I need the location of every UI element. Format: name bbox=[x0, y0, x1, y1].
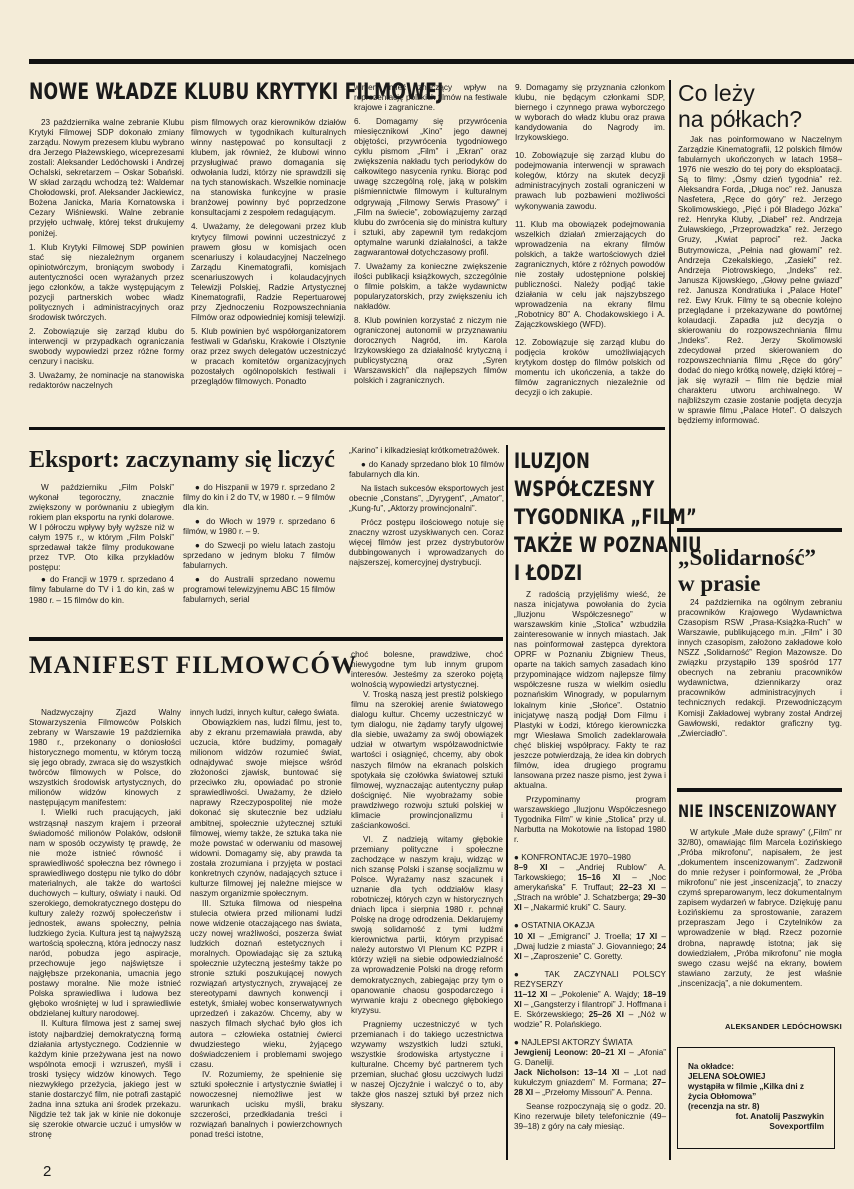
paragraph: Obowiązkiem nas, ludzi filmu, jest to, a… bbox=[190, 718, 342, 899]
paragraph: 2. Zobowiązuje się zarząd klubu do inter… bbox=[29, 327, 184, 367]
bullet-item: ● do Hiszpanii w 1979 r. sprzedano 2 fil… bbox=[183, 483, 335, 513]
photo-agency: Sovexportfilm bbox=[688, 1122, 824, 1132]
paragraph: 23 października walne zebranie Klubu Kry… bbox=[29, 118, 184, 239]
paragraph: 5. Klub powinien być współorganizatorem … bbox=[191, 327, 346, 387]
section-rule bbox=[677, 788, 842, 792]
paragraph: IV. Rozumiemy, że spełnienie się sztuki … bbox=[190, 1070, 342, 1140]
article-eksport-col1: W październiku „Film Polski” wykonał teg… bbox=[29, 483, 174, 610]
paragraph: „Karino” i kilkadziesiąt krótkometrażówe… bbox=[349, 446, 504, 456]
paragraph: Prócz postępu ilościowego notuje się zna… bbox=[349, 518, 504, 568]
article-klub-col4: 9. Domagamy się przyznania członkom klub… bbox=[515, 83, 665, 402]
cover-film: wystąpiła w filmie „Kilka dni z życia Ob… bbox=[688, 1082, 824, 1102]
title-line: „Solidarność” bbox=[678, 545, 816, 571]
paragraph: 9. Domagamy się przyznania członkom klub… bbox=[515, 83, 665, 143]
paragraph: VI. Z nadzieją witamy głębokie przemiany… bbox=[351, 835, 503, 1016]
paragraph: winien mieć znaczący wpływ na reprezenta… bbox=[354, 83, 507, 113]
column-divider bbox=[669, 80, 671, 1160]
paragraph: Jak nas poinformowano w Naczelnym Zarząd… bbox=[678, 135, 842, 426]
article-eksport-col2: ● do Hiszpanii w 1979 r. sprzedano 2 fil… bbox=[183, 483, 335, 610]
title-line: ILUZJON bbox=[514, 447, 702, 475]
paragraph: 4. Uważamy, że delegowani przez klub kry… bbox=[191, 222, 346, 322]
cover-name: JELENA SOŁOWIEJ bbox=[688, 1072, 824, 1082]
paragraph: 7. Uważamy za konieczne zwiększenie iloś… bbox=[354, 262, 507, 312]
paragraph: Seanse rozpoczynają się o godz. 20. Kino… bbox=[514, 1102, 666, 1132]
article-title-nie-inscenizowany: NIE INSCENIZOWANY bbox=[678, 802, 837, 822]
title-line: I ŁODZI bbox=[514, 559, 702, 587]
cover-info-box: Na okładce: JELENA SOŁOWIEJ wystąpiła w … bbox=[677, 1047, 835, 1149]
title-line: TAKŻE W POZNANIU bbox=[514, 531, 702, 559]
title-line: TYGODNIKA „FILM” bbox=[514, 503, 702, 531]
section-rule bbox=[29, 637, 503, 641]
article-manifest-col2: innych ludzi, innych kultur, całego świa… bbox=[190, 708, 342, 1144]
program-section-items: 11–12 XI – „Pokolenie” A. Wajdy; 18–19 X… bbox=[514, 990, 666, 1030]
article-title-solidarnosc: „Solidarność” w prasie bbox=[678, 545, 816, 597]
paragraph: W październiku „Film Polski” wykonał teg… bbox=[29, 483, 174, 573]
article-title-eksport: Eksport: zaczynamy się liczyć bbox=[29, 447, 335, 474]
paragraph: Nadzwyczajny Zjazd Walny Stowarzyszenia … bbox=[29, 708, 181, 808]
article-klub-col1: 23 października walne zebranie Klubu Kry… bbox=[29, 118, 184, 395]
paragraph: Pragniemy uczestniczyć w tych przemianac… bbox=[351, 1020, 503, 1110]
article-title-co-lezy: Co leży na półkach? bbox=[678, 80, 802, 132]
paragraph: I. Wielki ruch pracujących, jaki wstrząs… bbox=[29, 808, 181, 1019]
paragraph: V. Troską naszą jest prestiż polskiego f… bbox=[351, 690, 503, 831]
paragraph: Na listach sukcesów eksportowych jest ob… bbox=[349, 484, 504, 514]
program-section-heading: ● OSTATNIA OKAZJA bbox=[514, 921, 666, 931]
title-line: w prasie bbox=[678, 571, 816, 597]
article-klub-col3: winien mieć znaczący wpływ na reprezenta… bbox=[354, 83, 507, 390]
bullet-item: ● do Kanady sprzedano blok 10 filmów fab… bbox=[349, 460, 504, 480]
column-divider bbox=[506, 445, 508, 1160]
article-klub-col2: pism filmowych oraz kierowników działów … bbox=[191, 118, 346, 391]
program-section-heading: ● KONFRONTACJE 1970–1980 bbox=[514, 853, 666, 863]
article-nie-inscenizowany-body: W artykule „Małe duże sprawy” („Film” nr… bbox=[678, 828, 842, 993]
cover-review-ref: (recenzja na str. 8) bbox=[688, 1102, 824, 1112]
paragraph: 24 października na ogólnym zebraniu prac… bbox=[678, 598, 842, 739]
article-solidarnosc-body: 24 października na ogólnym zebraniu prac… bbox=[678, 598, 842, 743]
paragraph: pism filmowych oraz kierowników działów … bbox=[191, 118, 346, 218]
program-section-heading: ● NAJLEPSI AKTORZY ŚWIATA bbox=[514, 1038, 666, 1048]
paragraph: Przypominamy program warszawskiego „Iluz… bbox=[514, 795, 666, 845]
paragraph: 1. Klub Krytyki Filmowej SDP powinien st… bbox=[29, 243, 184, 323]
article-eksport-col3: „Karino” i kilkadziesiąt krótkometrażówe… bbox=[349, 446, 504, 573]
paragraph: 8. Klub powinien korzystać z niczym nie … bbox=[354, 316, 507, 386]
program-section-items: 8–9 XI – „Andriej Rublow” A. Tarkowskieg… bbox=[514, 863, 666, 913]
article-co-lezy-body: Jak nas poinformowano w Naczelnym Zarząd… bbox=[678, 135, 842, 430]
paragraph: 11. Klub ma obowiązek podejmowania wszel… bbox=[515, 220, 665, 331]
top-rule bbox=[29, 59, 854, 64]
paragraph: II. Kultura filmowa jest z samej swej is… bbox=[29, 1019, 181, 1140]
cover-label: Na okładce: bbox=[688, 1062, 824, 1072]
bullet-item: ● do Francji w 1979 r. sprzedano 4 filmy… bbox=[29, 575, 174, 605]
title-line: Co leży bbox=[678, 80, 802, 106]
article-manifest-col1: Nadzwyczajny Zjazd Walny Stowarzyszenia … bbox=[29, 708, 181, 1144]
paragraph: W artykule „Małe duże sprawy” („Film” nr… bbox=[678, 828, 842, 989]
bullet-item: ● do Szwecji po wielu latach zastoju spr… bbox=[183, 541, 335, 571]
article-manifest-col3: choć bolesne, prawdziwe, choć niewygodne… bbox=[351, 650, 503, 1114]
title-line: na półkach? bbox=[678, 106, 802, 132]
paragraph: 12. Zobowiązuje się zarząd klubu do podj… bbox=[515, 338, 665, 398]
paragraph: 10. Zobowiązuje się zarząd klubu do pode… bbox=[515, 151, 665, 211]
page-number: 2 bbox=[43, 1163, 51, 1180]
paragraph: Z radością przyjęliśmy wieść, że nasza i… bbox=[514, 590, 666, 791]
paragraph: 6. Domagamy się przywrócenia miesięcznik… bbox=[354, 117, 507, 258]
paragraph: III. Sztuka filmowa od niespełna stuleci… bbox=[190, 899, 342, 1070]
program-section-items: 10 XI – „Emigranci” J. Troella; 17 XI – … bbox=[514, 932, 666, 962]
author-signature: ALEKSANDER LEDÓCHOWSKI bbox=[678, 1022, 842, 1031]
paragraph: choć bolesne, prawdziwe, choć niewygodne… bbox=[351, 650, 503, 690]
bullet-item: ● do Australii sprzedano nowemu programo… bbox=[183, 575, 335, 605]
program-section-items: Jewgienij Leonow: 20–21 XI – „Afonia” G.… bbox=[514, 1048, 666, 1098]
photo-credit: fot. Anatolij Paszwykin bbox=[688, 1112, 824, 1122]
paragraph: 3. Uważamy, że nominacje na stanowiska r… bbox=[29, 371, 184, 391]
article-iluzjon-body: Z radością przyjęliśmy wieść, że nasza i… bbox=[514, 590, 666, 1136]
section-rule bbox=[29, 427, 665, 430]
program-section-heading: ● TAK ZACZYNALI POLSCY REŻYSERZY bbox=[514, 970, 666, 990]
bullet-item: ● do Włoch w 1979 r. sprzedano 6 filmów,… bbox=[183, 517, 335, 537]
article-title-manifest: MANIFEST FILMOWCÓW bbox=[29, 652, 357, 680]
title-line: WSPÓŁCZESNY bbox=[514, 475, 702, 503]
paragraph: innych ludzi, innych kultur, całego świa… bbox=[190, 708, 342, 718]
